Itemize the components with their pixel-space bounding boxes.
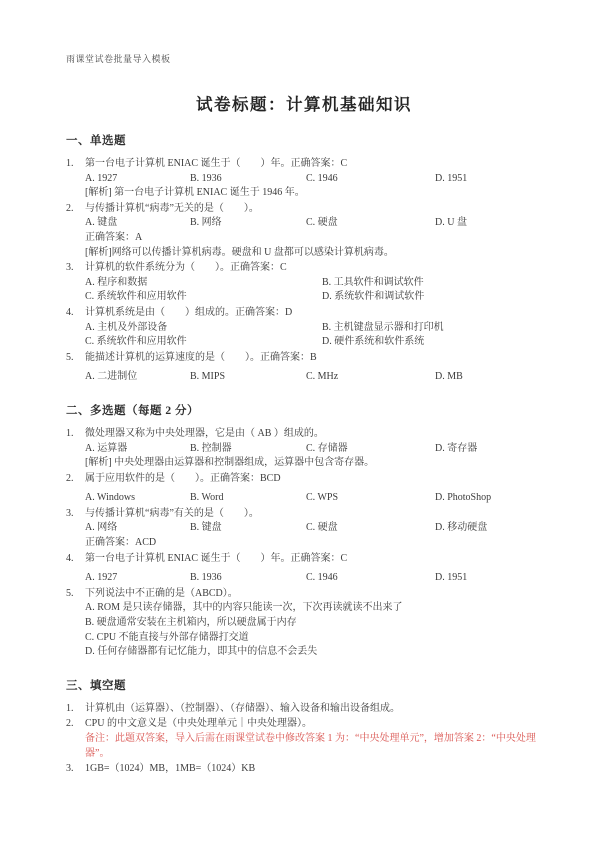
option: A. 键盘 — [85, 216, 190, 231]
question-stem: 第一台电子计算机 ENIAC 诞生于（ ）年。正确答案：C — [85, 552, 542, 567]
option: D. U 盘 — [435, 216, 542, 231]
question-block: 3.1GB=（1024）MB，1MB=（1024）KB — [66, 762, 542, 777]
option: A. 程序和数据 — [85, 276, 322, 291]
question-stem: 能描述计算机的运算速度的是（ ）。正确答案：B — [85, 351, 542, 366]
question-block: 2.CPU 的中文意义是（中央处理单元｜中央处理器）。备注：此题双答案，导入后需… — [66, 717, 542, 761]
question-number: 5. — [66, 351, 85, 366]
question-stem: 第一台电子计算机 ENIAC 诞生于（ ）年。正确答案：C — [85, 157, 542, 172]
question-stem: 计算机由（运算器）、（控制器）、（存储器）、输入设备和输出设备组成。 — [85, 702, 542, 717]
option: D. 1951 — [435, 571, 542, 586]
question-stem-row: 3.与传播计算机“病毒”有关的是（ ）。 — [66, 507, 542, 522]
option: D. 寄存器 — [435, 442, 542, 457]
question-block: 4.第一台电子计算机 ENIAC 诞生于（ ）年。正确答案：CA. 1927B.… — [66, 552, 542, 586]
option: D. 硬件系统和软件系统 — [322, 335, 542, 350]
question-number: 3. — [66, 507, 85, 522]
section-heading: 一、单选题 — [66, 132, 542, 148]
option: B. 控制器 — [190, 442, 306, 457]
option: C. CPU 不能直接与外部存储器打交道 — [85, 631, 542, 646]
option: D. 移动硬盘 — [435, 521, 542, 536]
question-stem-row: 2.CPU 的中文意义是（中央处理单元｜中央处理器）。 — [66, 717, 542, 732]
question-block: 2.与传播计算机“病毒”无关的是（ ）。A. 键盘B. 网络C. 硬盘D. U … — [66, 202, 542, 260]
question-number: 4. — [66, 306, 85, 321]
option: C. 系统软件和应用软件 — [85, 335, 322, 350]
question-stem: 下列说法中不正确的是（ABCD）。 — [85, 587, 542, 602]
answer-analysis-line: 正确答案：ACD — [66, 536, 542, 551]
question-number: 2. — [66, 472, 85, 487]
question-block: 1.计算机由（运算器）、（控制器）、（存储器）、输入设备和输出设备组成。 — [66, 702, 542, 717]
option: A. 1927 — [85, 571, 190, 586]
section-heading: 二、多选题（每题 2 分） — [66, 402, 542, 418]
options-row: A. 运算器B. 控制器C. 存储器D. 寄存器 — [66, 442, 542, 457]
question-stem-row: 1.第一台电子计算机 ENIAC 诞生于（ ）年。正确答案：C — [66, 157, 542, 172]
exam-section: 三、填空题1.计算机由（运算器）、（控制器）、（存储器）、输入设备和输出设备组成… — [66, 677, 542, 777]
option: B. 网络 — [190, 216, 306, 231]
options-row: A. WindowsB. WordC. WPSD. PhotoShop — [66, 491, 542, 506]
question-number: 3. — [66, 762, 85, 777]
options-row: A. 主机及外部设备B. 主机键盘显示器和打印机 — [66, 321, 542, 336]
option: B. 1936 — [190, 571, 306, 586]
option: B. 1936 — [190, 172, 306, 187]
question-stem-row: 4.计算机系统是由（ ）组成的。正确答案：D — [66, 306, 542, 321]
option: C. 系统软件和应用软件 — [85, 290, 322, 305]
option: C. WPS — [306, 491, 435, 506]
options-row: A. 1927B. 1936C. 1946D. 1951 — [66, 172, 542, 187]
option: B. 主机键盘显示器和打印机 — [322, 321, 542, 336]
question-block: 5.能描述计算机的运算速度的是（ ）。正确答案：BA. 二进制位B. MIPSC… — [66, 351, 542, 385]
question-stem-row: 1.微处理器又称为中央处理器，它是由（ AB ）组成的。 — [66, 427, 542, 442]
option: A. 1927 — [85, 172, 190, 187]
option: D. 任何存储器都有记忆能力，即其中的信息不会丢失 — [85, 645, 542, 660]
option: A. Windows — [85, 491, 190, 506]
options-row: A. 程序和数据B. 工具软件和调试软件 — [66, 276, 542, 291]
question-stem: 微处理器又称为中央处理器，它是由（ AB ）组成的。 — [85, 427, 542, 442]
option: D. 1951 — [435, 172, 542, 187]
question-number: 4. — [66, 552, 85, 567]
question-stem: 计算机系统是由（ ）组成的。正确答案：D — [85, 306, 542, 321]
option: C. 1946 — [306, 571, 435, 586]
answer-analysis-line: 正确答案：A — [66, 231, 542, 246]
question-stem-row: 5.能描述计算机的运算速度的是（ ）。正确答案：B — [66, 351, 542, 366]
option: A. 二进制位 — [85, 370, 190, 385]
question-stem-row: 4.第一台电子计算机 ENIAC 诞生于（ ）年。正确答案：C — [66, 552, 542, 567]
question-number: 3. — [66, 261, 85, 276]
section-heading: 三、填空题 — [66, 677, 542, 693]
answer-analysis-line: [解析] 中央处理器由运算器和控制器组成，运算器中包含寄存器。 — [66, 456, 542, 471]
exam-section: 一、单选题1.第一台电子计算机 ENIAC 诞生于（ ）年。正确答案：CA. 1… — [66, 132, 542, 385]
question-stem-row: 2.属于应用软件的是（ ）。正确答案：BCD — [66, 472, 542, 487]
question-block: 3.与传播计算机“病毒”有关的是（ ）。A. 网络B. 键盘C. 硬盘D. 移动… — [66, 507, 542, 551]
question-number: 2. — [66, 717, 85, 732]
options-row: A. 网络B. 键盘C. 硬盘D. 移动硬盘 — [66, 521, 542, 536]
question-number: 1. — [66, 427, 85, 442]
options-row: A. 二进制位B. MIPSC. MHzD. MB — [66, 370, 542, 385]
exam-section: 二、多选题（每题 2 分）1.微处理器又称为中央处理器，它是由（ AB ）组成的… — [66, 402, 542, 660]
options-list: A. ROM 是只读存储器，其中的内容只能读一次，下次再读就读不出来了B. 硬盘… — [66, 601, 542, 659]
exam-title: 试卷标题：计算机基础知识 — [66, 91, 542, 115]
question-number: 1. — [66, 702, 85, 717]
answer-analysis-line: [解析]网络可以传播计算机病毒。硬盘和 U 盘都可以感染计算机病毒。 — [66, 246, 542, 261]
exam-body: 一、单选题1.第一台电子计算机 ENIAC 诞生于（ ）年。正确答案：CA. 1… — [66, 132, 542, 777]
question-stem: 1GB=（1024）MB，1MB=（1024）KB — [85, 762, 542, 777]
question-block: 1.微处理器又称为中央处理器，它是由（ AB ）组成的。A. 运算器B. 控制器… — [66, 427, 542, 471]
options-row: C. 系统软件和应用软件D. 硬件系统和软件系统 — [66, 335, 542, 350]
option: B. 工具软件和调试软件 — [322, 276, 542, 291]
question-stem: CPU 的中文意义是（中央处理单元｜中央处理器）。 — [85, 717, 542, 732]
template-header-note: 雨课堂试卷批量导入模板 — [66, 52, 542, 65]
option: A. 运算器 — [85, 442, 190, 457]
option: A. 主机及外部设备 — [85, 321, 322, 336]
question-block: 2.属于应用软件的是（ ）。正确答案：BCDA. WindowsB. WordC… — [66, 472, 542, 506]
question-stem-row: 3.计算机的软件系统分为（ ）。正确答案：C — [66, 261, 542, 276]
question-stem: 属于应用软件的是（ ）。正确答案：BCD — [85, 472, 542, 487]
question-block: 4.计算机系统是由（ ）组成的。正确答案：DA. 主机及外部设备B. 主机键盘显… — [66, 306, 542, 350]
option: C. 存储器 — [306, 442, 435, 457]
question-stem: 计算机的软件系统分为（ ）。正确答案：C — [85, 261, 542, 276]
option: A. ROM 是只读存储器，其中的内容只能读一次，下次再读就读不出来了 — [85, 601, 542, 616]
question-stem-row: 2.与传播计算机“病毒”无关的是（ ）。 — [66, 202, 542, 217]
question-stem-row: 1.计算机由（运算器）、（控制器）、（存储器）、输入设备和输出设备组成。 — [66, 702, 542, 717]
option: C. 硬盘 — [306, 216, 435, 231]
option: D. 系统软件和调试软件 — [322, 290, 542, 305]
exam-document-page: 雨课堂试卷批量导入模板 试卷标题：计算机基础知识 一、单选题1.第一台电子计算机… — [0, 0, 600, 847]
option: C. 1946 — [306, 172, 435, 187]
options-row: C. 系统软件和应用软件D. 系统软件和调试软件 — [66, 290, 542, 305]
question-number: 1. — [66, 157, 85, 172]
option: B. 硬盘通常安装在主机箱内，所以硬盘属于内存 — [85, 616, 542, 631]
question-block: 3.计算机的软件系统分为（ ）。正确答案：CA. 程序和数据B. 工具软件和调试… — [66, 261, 542, 305]
option: B. Word — [190, 491, 306, 506]
question-number: 5. — [66, 587, 85, 602]
question-stem-row: 5.下列说法中不正确的是（ABCD）。 — [66, 587, 542, 602]
option: D. MB — [435, 370, 542, 385]
options-row: A. 1927B. 1936C. 1946D. 1951 — [66, 571, 542, 586]
note-red: 备注：此题双答案，导入后需在雨课堂试卷中修改答案 1 为：“中央处理单元”，增加… — [66, 732, 542, 761]
question-stem: 与传播计算机“病毒”有关的是（ ）。 — [85, 507, 542, 522]
option: B. MIPS — [190, 370, 306, 385]
option: D. PhotoShop — [435, 491, 542, 506]
option: B. 键盘 — [190, 521, 306, 536]
question-stem-row: 3.1GB=（1024）MB，1MB=（1024）KB — [66, 762, 542, 777]
question-block: 1.第一台电子计算机 ENIAC 诞生于（ ）年。正确答案：CA. 1927B.… — [66, 157, 542, 201]
option: C. MHz — [306, 370, 435, 385]
options-row: A. 键盘B. 网络C. 硬盘D. U 盘 — [66, 216, 542, 231]
option: A. 网络 — [85, 521, 190, 536]
answer-analysis-line: [解析] 第一台电子计算机 ENIAC 诞生于 1946 年。 — [66, 186, 542, 201]
question-block: 5.下列说法中不正确的是（ABCD）。A. ROM 是只读存储器，其中的内容只能… — [66, 587, 542, 660]
question-number: 2. — [66, 202, 85, 217]
question-stem: 与传播计算机“病毒”无关的是（ ）。 — [85, 202, 542, 217]
option: C. 硬盘 — [306, 521, 435, 536]
